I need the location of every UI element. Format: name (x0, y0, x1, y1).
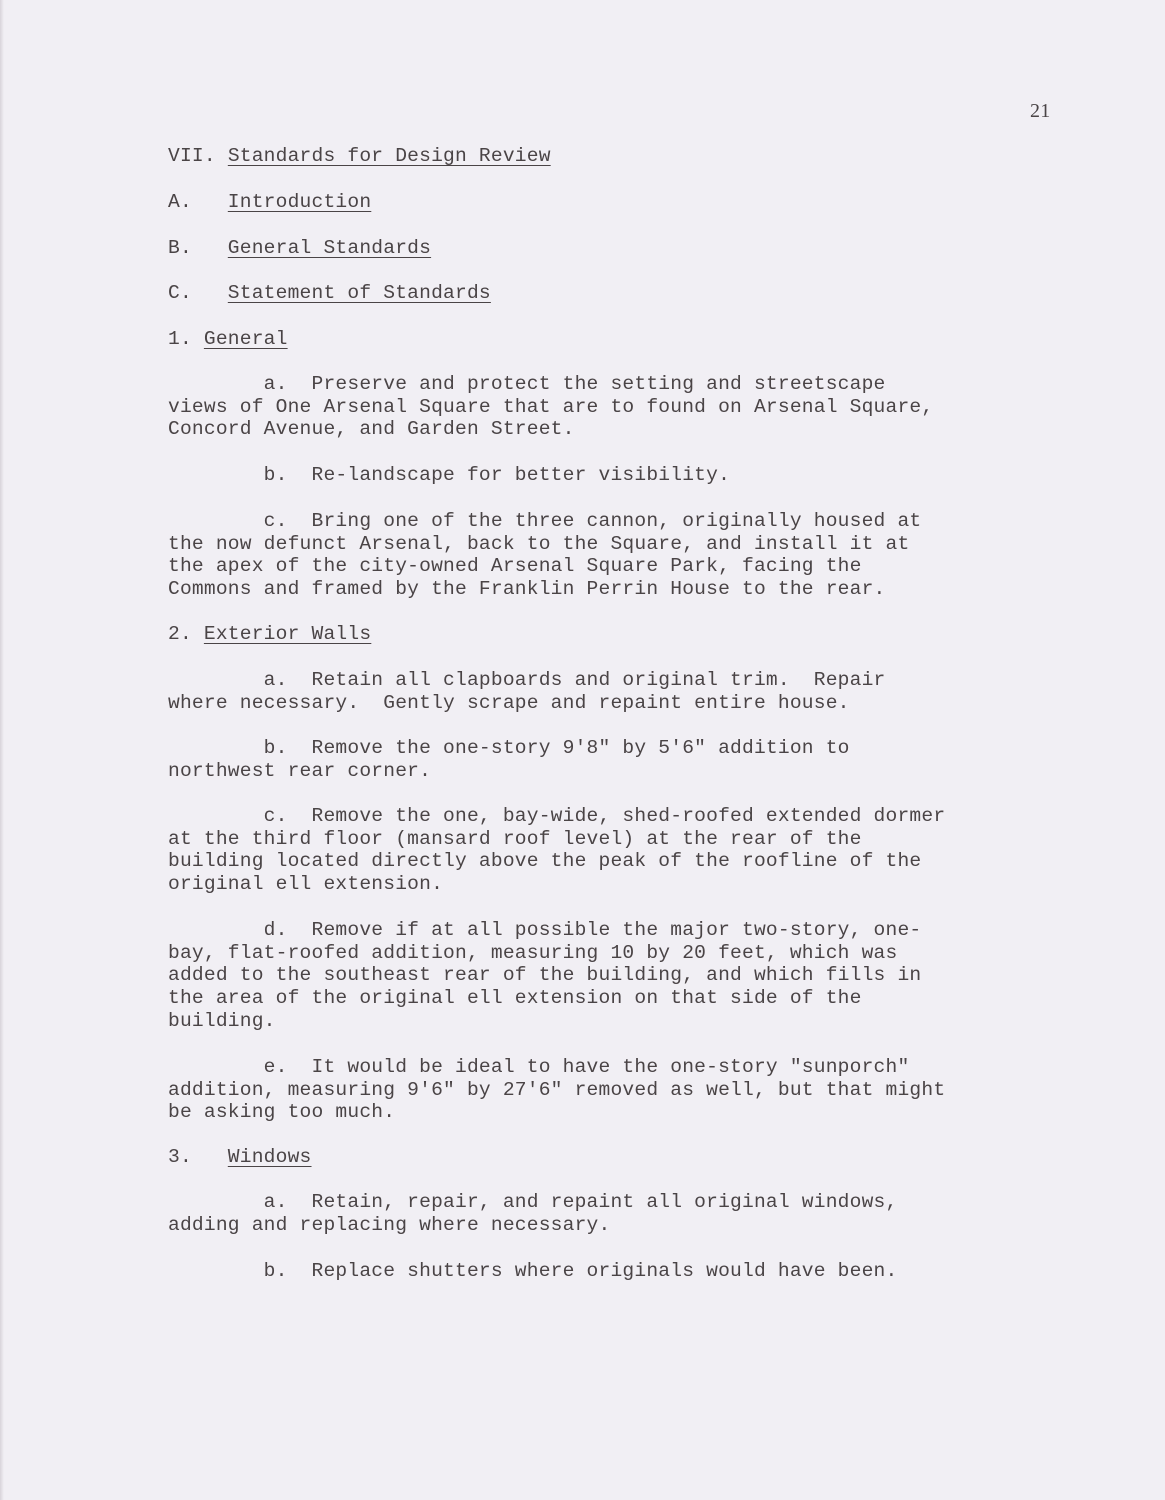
item-2b: b. Remove the one-story 9'8" by 5'6" add… (168, 737, 1068, 782)
text-line: be asking too much. (168, 1101, 1068, 1124)
subsection-title: General Standards (228, 237, 431, 259)
subsection-title: Statement of Standards (228, 282, 491, 304)
subsection-title: Introduction (228, 191, 372, 213)
page-edge (0, 0, 4, 1500)
text-line: the now defunct Arsenal, back to the Squ… (168, 533, 1068, 556)
text-line: a. Retain, repair, and repaint all origi… (168, 1191, 1068, 1214)
text-line: e. It would be ideal to have the one-sto… (168, 1056, 1068, 1079)
text-line: Concord Avenue, and Garden Street. (168, 418, 1068, 441)
text-line: a. Preserve and protect the setting and … (168, 373, 1068, 396)
text-line: c. Bring one of the three cannon, origin… (168, 510, 1068, 533)
text-line: building located directly above the peak… (168, 850, 1068, 873)
text-line: d. Remove if at all possible the major t… (168, 919, 1068, 942)
text-line: c. Remove the one, bay-wide, shed-roofed… (168, 805, 1068, 828)
item-1b: b. Re-landscape for better visibility. (168, 464, 1068, 487)
text-line: northwest rear corner. (168, 760, 1068, 783)
text-line: adding and replacing where necessary. (168, 1214, 1068, 1237)
item-2a: a. Retain all clapboards and original tr… (168, 669, 1068, 714)
text-line: building. (168, 1010, 1068, 1033)
text-line: b. Re-landscape for better visibility. (168, 464, 1068, 487)
text-line: added to the southeast rear of the build… (168, 964, 1068, 987)
item-2d: d. Remove if at all possible the major t… (168, 919, 1068, 1033)
section-windows-heading: 3. Windows (168, 1146, 1068, 1169)
item-1a: a. Preserve and protect the setting and … (168, 373, 1068, 441)
section-heading: VII. Standards for Design Review (168, 145, 1068, 168)
text-line: the area of the original ell extension o… (168, 987, 1068, 1010)
text-line: addition, measuring 9'6" by 27'6" remove… (168, 1079, 1068, 1102)
subsection-letter: A. (168, 191, 192, 213)
section-title: General (204, 328, 288, 350)
item-1c: c. Bring one of the three cannon, origin… (168, 510, 1068, 601)
subsection-b: B. General Standards (168, 237, 1068, 260)
text-line: Commons and framed by the Franklin Perri… (168, 578, 1068, 601)
item-2e: e. It would be ideal to have the one-sto… (168, 1056, 1068, 1124)
subsection-letter: B. (168, 237, 192, 259)
text-line: views of One Arsenal Square that are to … (168, 396, 1068, 419)
section-title: Exterior Walls (204, 623, 371, 645)
text-line: b. Replace shutters where originals woul… (168, 1260, 1068, 1283)
heading-number: VII. (168, 145, 216, 167)
text-line: at the third floor (mansard roof level) … (168, 828, 1068, 851)
text-line: b. Remove the one-story 9'8" by 5'6" add… (168, 737, 1068, 760)
section-general-heading: 1. General (168, 328, 1068, 351)
text-line: the apex of the city-owned Arsenal Squar… (168, 555, 1068, 578)
section-exterior-walls-heading: 2. Exterior Walls (168, 623, 1068, 646)
text-line: bay, flat-roofed addition, measuring 10 … (168, 942, 1068, 965)
item-2c: c. Remove the one, bay-wide, shed-roofed… (168, 805, 1068, 896)
section-number: 3. (168, 1146, 192, 1168)
heading-title: Standards for Design Review (228, 145, 551, 167)
subsection-a: A. Introduction (168, 191, 1068, 214)
text-line: a. Retain all clapboards and original tr… (168, 669, 1068, 692)
subsection-letter: C. (168, 282, 192, 304)
section-number: 1. (168, 328, 192, 350)
item-3b: b. Replace shutters where originals woul… (168, 1260, 1068, 1283)
page-number: 21 (1030, 100, 1050, 123)
item-3a: a. Retain, repair, and repaint all origi… (168, 1191, 1068, 1236)
section-number: 2. (168, 623, 192, 645)
text-line: where necessary. Gently scrape and repai… (168, 692, 1068, 715)
section-title: Windows (228, 1146, 312, 1168)
text-line: original ell extension. (168, 873, 1068, 896)
subsection-c: C. Statement of Standards (168, 282, 1068, 305)
